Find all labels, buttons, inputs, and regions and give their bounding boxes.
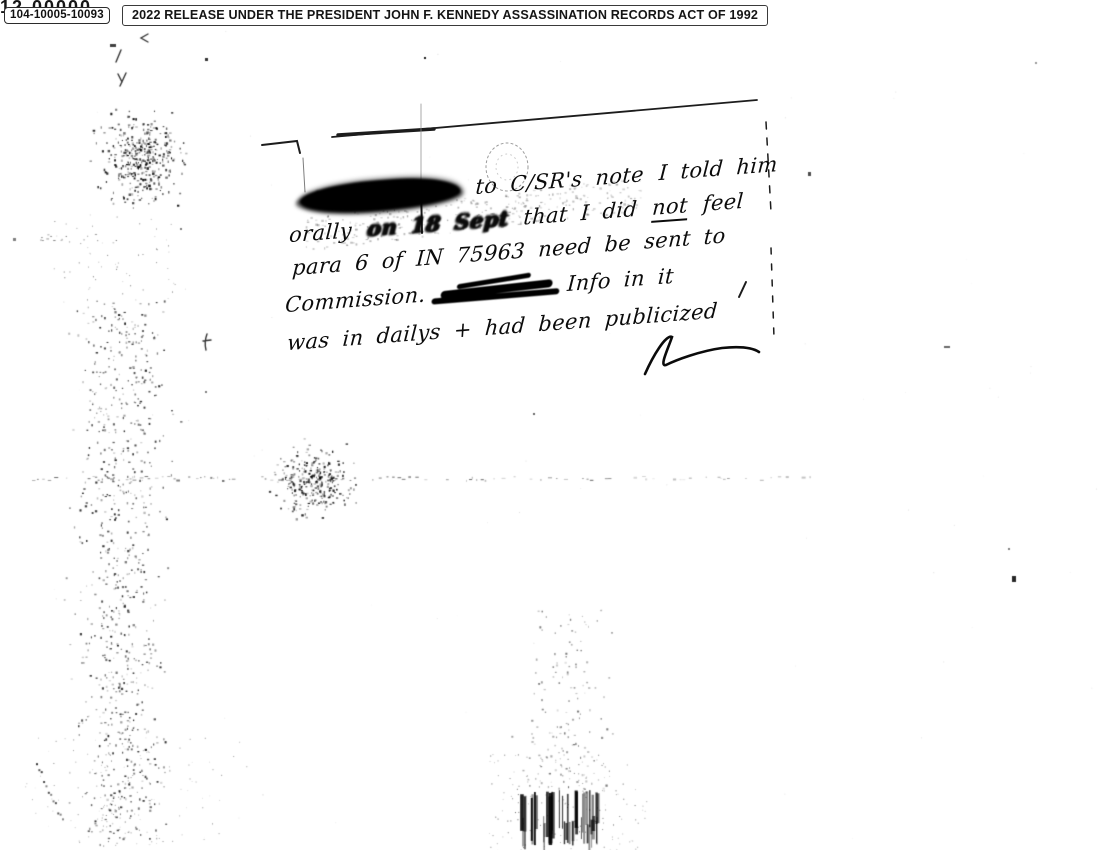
strikethrough-scribble bbox=[440, 279, 552, 299]
doc-id-badge: 104-10005-10093 bbox=[4, 7, 110, 24]
hw-segment: not bbox=[651, 193, 688, 223]
hw-segment: orally bbox=[288, 218, 352, 247]
hw-segment: feel bbox=[702, 189, 744, 216]
scan-noise-canvas bbox=[0, 0, 1099, 850]
hw-segment: I told him bbox=[658, 152, 778, 185]
scanned-document-page: 12-00000 104-10005-10093 2022 RELEASE UN… bbox=[0, 0, 1099, 850]
release-banner: 2022 RELEASE UNDER THE PRESIDENT JOHN F.… bbox=[122, 5, 768, 26]
